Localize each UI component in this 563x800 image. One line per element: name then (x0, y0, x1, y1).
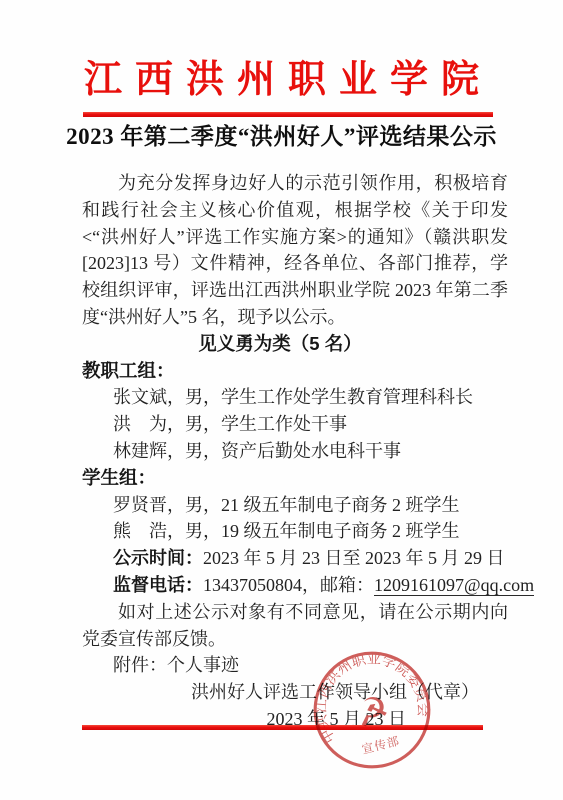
hotline-number: 13437050804，邮箱： (203, 575, 374, 595)
supervision-contact-line: 监督电话：13437050804，邮箱：1209161097@qq.com (82, 572, 508, 599)
feedback-paragraph: 如对上述公示对象有不同意见，请在公示期内向党委宣传部反馈。 (82, 599, 508, 653)
letterhead-divider-line (83, 112, 493, 117)
footer-divider-line (82, 725, 483, 730)
notice-period-value: 2023 年 5 月 23 日至 2023 年 5 月 29 日 (203, 548, 505, 568)
hotline-label: 监督电话： (113, 575, 203, 595)
intro-paragraph: 为充分发挥身边好人的示范引领作用，积极培育和践行社会主义核心价值观，根据学校《关… (82, 170, 508, 331)
notice-period-label: 公示时间： (113, 548, 203, 568)
notice-period-line: 公示时间：2023 年 5 月 23 日至 2023 年 5 月 29 日 (82, 545, 508, 572)
member-entry: 罗贤晋，男，21 级五年制电子商务 2 班学生 (82, 492, 508, 519)
member-entry: 洪 为，男，学生工作处干事 (82, 411, 508, 438)
category-heading: 见义勇为类（5 名） (67, 331, 493, 358)
group-label-students: 学生组： (82, 465, 508, 492)
document-title: 2023 年第二季度“洪州好人”评选结果公示 (0, 121, 563, 153)
attachment-line: 附件：个人事迹 (82, 652, 508, 679)
letterhead-title: 江西洪州职业学院 (0, 56, 563, 104)
member-entry: 张文斌，男，学生工作处学生教育管理科科长 (82, 384, 508, 411)
document-body: 为充分发挥身边好人的示范引领作用，积极培育和践行社会主义核心价值观，根据学校《关… (82, 170, 508, 733)
group-label-staff: 教职工组： (82, 358, 508, 385)
stamp-bottom-text: 宣传部 (360, 734, 401, 757)
contact-email-link[interactable]: 1209161097@qq.com (374, 575, 534, 597)
member-entry: 林建辉，男，资产后勤处水电科干事 (82, 438, 508, 465)
member-entry: 熊 浩，男，19 级五年制电子商务 2 班学生 (82, 518, 508, 545)
signature-org: 洪州好人评选工作领导小组（代章） (82, 679, 508, 706)
document-page: 江西洪州职业学院 2023 年第二季度“洪州好人”评选结果公示 为充分发挥身边好… (0, 0, 563, 800)
